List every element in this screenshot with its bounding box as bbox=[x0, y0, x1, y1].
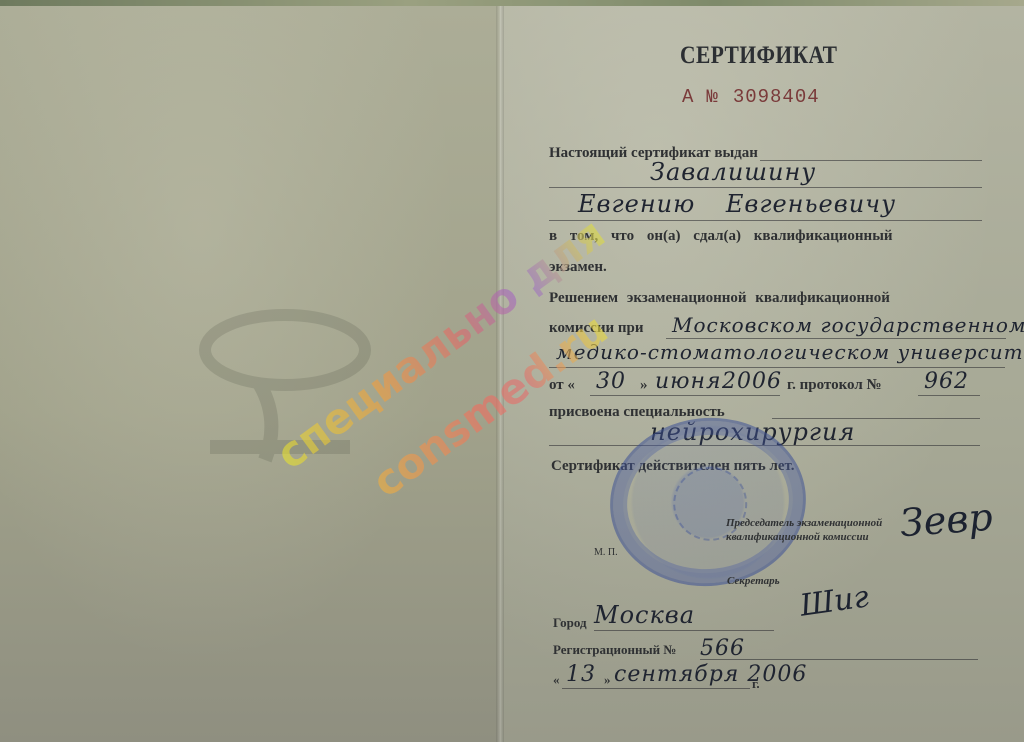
rule bbox=[590, 395, 780, 396]
rule bbox=[700, 659, 978, 660]
certificate-title: СЕРТИФИКАТ bbox=[680, 42, 837, 70]
rule bbox=[666, 338, 1006, 339]
date-separator: » bbox=[640, 377, 648, 394]
secretary-label: Секретарь bbox=[727, 575, 780, 587]
certificate-serial: А№3098404 bbox=[682, 86, 820, 108]
issue-day: 13 bbox=[566, 662, 596, 687]
serial-series: А bbox=[682, 86, 694, 108]
recipient-surname: Завалишину bbox=[650, 158, 816, 186]
stamp-place-label: М. П. bbox=[594, 547, 618, 558]
chairman-signature: Зевр bbox=[899, 495, 994, 545]
serial-number: 3098404 bbox=[733, 86, 820, 108]
exam-year: 2006 bbox=[722, 369, 782, 394]
city-label: Город bbox=[553, 615, 587, 631]
rule bbox=[549, 367, 1005, 368]
institution-line2: медико-стоматологическом университете bbox=[556, 340, 1024, 364]
rule bbox=[594, 630, 774, 631]
issue-date-open: « bbox=[553, 672, 560, 688]
exam-day: 30 bbox=[596, 369, 626, 394]
rule bbox=[549, 187, 982, 188]
decision-line1: Решением экзаменационной квалификационно… bbox=[549, 290, 890, 307]
registration-label: Регистрационный № bbox=[553, 642, 676, 658]
protocol-label: г. протокол № bbox=[787, 377, 882, 394]
chairman-label-line2: квалификационной комиссии bbox=[726, 531, 869, 543]
rule bbox=[562, 688, 750, 689]
issue-date-close: » bbox=[604, 672, 611, 688]
city-value: Москва bbox=[594, 601, 695, 629]
issue-year-suffix: г. bbox=[752, 676, 760, 692]
issue-month-year: сентября 2006 bbox=[614, 662, 807, 687]
registration-number: 566 bbox=[700, 636, 745, 661]
number-sign: № bbox=[706, 86, 718, 108]
protocol-number: 962 bbox=[924, 369, 969, 394]
institution-line1: Московском государственном bbox=[672, 313, 1024, 337]
rule bbox=[549, 220, 982, 221]
chairman-label-line1: Председатель экзаменационной bbox=[726, 517, 882, 529]
recipient-name: Евгению Евгеньевичу bbox=[578, 190, 896, 218]
exam-month: июня bbox=[655, 369, 722, 394]
rule bbox=[918, 395, 980, 396]
